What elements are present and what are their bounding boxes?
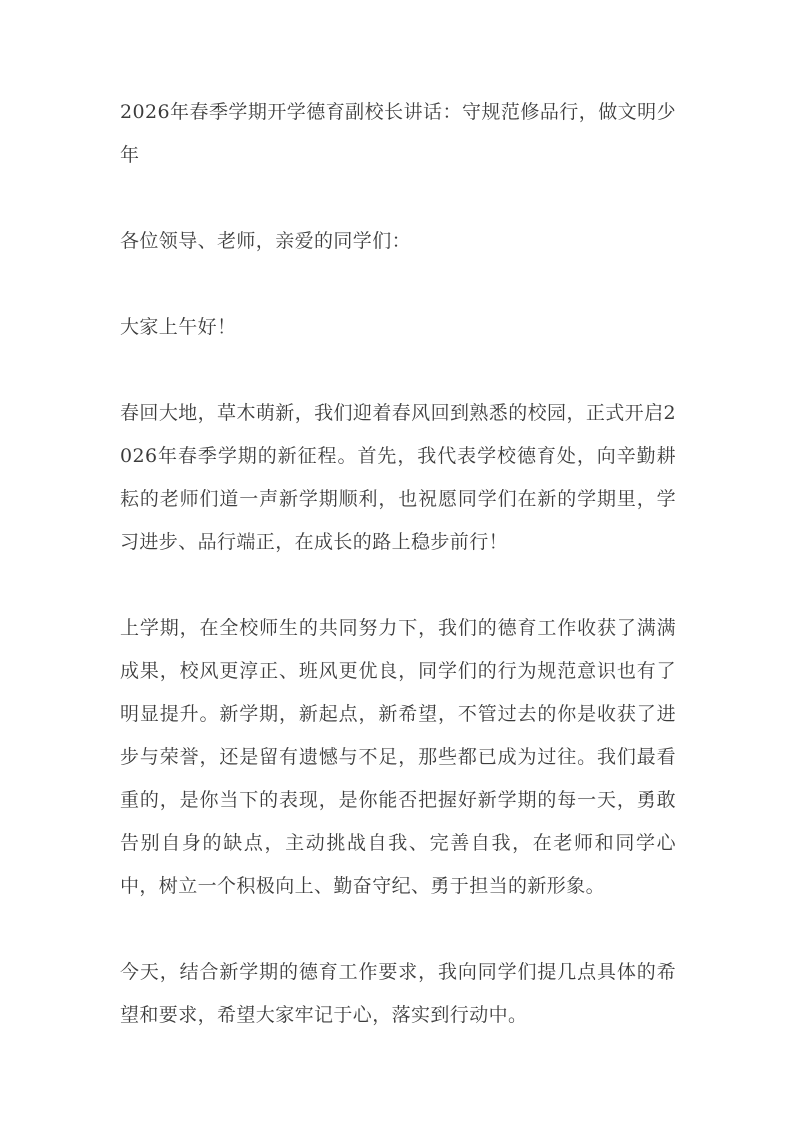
greeting-line: 各位领导、老师，亲爱的同学们： xyxy=(120,220,676,263)
document-page: 2026年春季学期开学德育副校长讲话：守规范修品行，做文明少年 各位领导、老师，… xyxy=(0,0,793,1122)
document-title: 2026年春季学期开学德育副校长讲话：守规范修品行，做文明少年 xyxy=(120,91,676,177)
body-paragraph-3: 今天，结合新学期的德育工作要求，我向同学们提几点具体的希望和要求，希望大家牢记于… xyxy=(120,951,676,1037)
body-paragraph-2: 上学期，在全校师生的共同努力下，我们的德育工作收获了满满成果，校风更淳正、班风更… xyxy=(120,607,676,908)
body-paragraph-1: 春回大地，草木萌新，我们迎着春风回到熟悉的校园，正式开启2026年春季学期的新征… xyxy=(120,392,676,564)
salutation-line: 大家上午好！ xyxy=(120,306,676,349)
